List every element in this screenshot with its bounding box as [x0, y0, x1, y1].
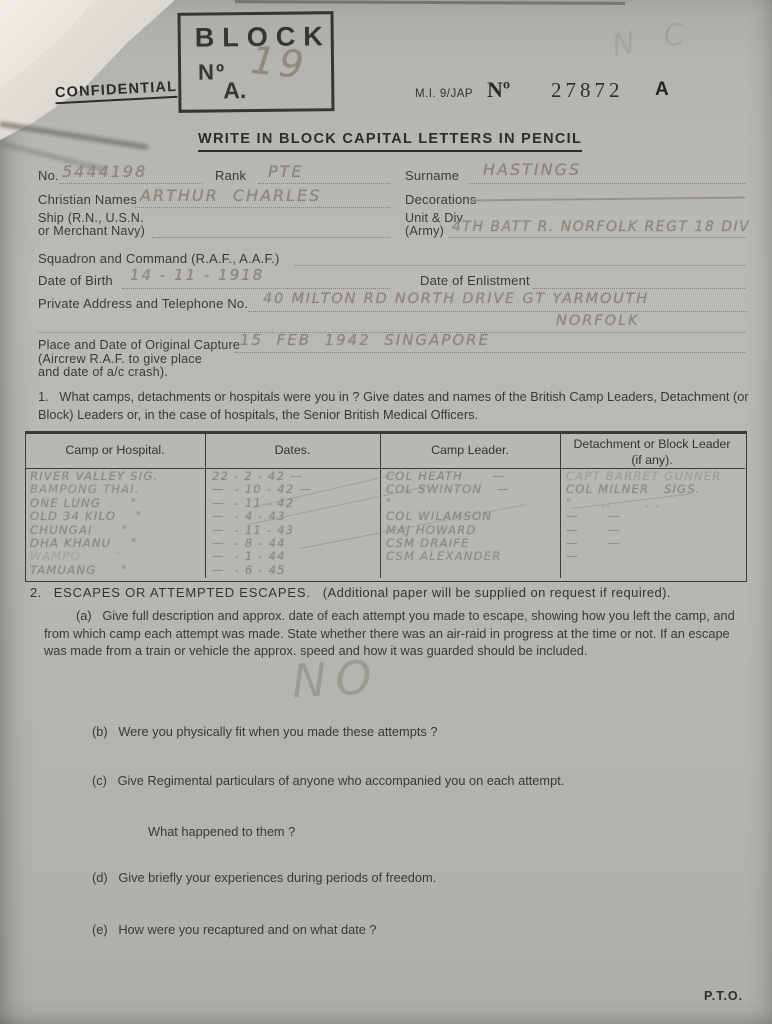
table-header-camp: Camp or Hospital.	[25, 443, 205, 459]
field-label-capture-2: (Aircrew R.A.F. to give place	[38, 352, 202, 366]
field-value-capture: 15 FEB 1942 SINGAPORE	[240, 331, 490, 349]
field-value-no: 5444198	[62, 162, 147, 181]
question-1-number: 1.	[38, 389, 49, 404]
dotted-line	[295, 264, 745, 266]
field-value-unit: 4TH BATT R. NORFOLK REGT 18 DIV	[452, 219, 750, 235]
dotted-line	[468, 182, 745, 184]
field-value-address-2: NORFOLK	[556, 313, 640, 329]
table-cell-leader: "	[386, 497, 558, 510]
table-cell-dates: — - 11 - 42	[212, 497, 377, 510]
field-label-dob: Date of Birth	[38, 273, 113, 288]
table-cell-block: COL MILNER SIGS.	[566, 483, 744, 496]
field-label-no: No.	[38, 168, 59, 183]
question-2b-label: (b)	[92, 724, 108, 739]
pto-label: P.T.O.	[704, 989, 743, 1003]
serial-number: 27872	[551, 78, 624, 103]
table-cell-camp: BAMPONG THAI.	[30, 483, 202, 496]
field-label-surname: Surname	[405, 168, 459, 183]
field-value-christian-names: ARTHUR CHARLES	[140, 186, 321, 205]
table-cell-dates: 22 - 2 - 42 —	[212, 470, 377, 483]
block-number-stamp: BLOCK Nº 19 A.	[177, 11, 334, 113]
dotted-line	[448, 236, 745, 238]
question-2e-text: How were you recaptured and on what date…	[118, 922, 376, 937]
stamp-number-handwritten: 19	[249, 38, 310, 88]
table-cell-leader: CSM ALEXANDER	[386, 550, 558, 563]
camp-table-divider	[560, 431, 561, 578]
paper-crease	[0, 122, 148, 149]
table-cell-block: —	[566, 550, 744, 563]
dotted-line	[60, 182, 202, 184]
table-column-camp: RIVER VALLEY SIG. BAMPONG THAI. ONE LUNG…	[30, 470, 202, 577]
table-column-leader: COL HEATH — COL SWINTON — " COL WILAMSON…	[386, 470, 558, 564]
question-2c-label: (c)	[92, 773, 107, 788]
dotted-line	[235, 351, 745, 353]
dotted-line	[152, 236, 390, 238]
table-column-block-leader: CAPT BARRET GUNNER COL MILNER SIGS. " ..…	[566, 470, 744, 564]
question-2e-label: (e)	[92, 922, 108, 937]
field-label-christian-names: Christian Names	[38, 192, 137, 207]
pencil-strike-decorations	[470, 197, 745, 202]
table-cell-block: — —	[566, 524, 744, 537]
field-label-capture-1: Place and Date of Original Capture	[38, 338, 240, 352]
field-label-enlistment: Date of Enlistment	[420, 273, 530, 288]
pencil-scribble: N C	[610, 15, 698, 64]
dotted-line	[135, 206, 390, 208]
question-2-heading: 2. ESCAPES OR ATTEMPTED ESCAPES. (Additi…	[30, 585, 671, 600]
serial-suffix: A	[655, 79, 669, 101]
handwritten-answer-no: NO	[291, 650, 382, 709]
question-2d: (d) Give briefly your experiences during…	[92, 869, 436, 887]
question-2a: (a) Give full description and approx. da…	[44, 607, 754, 660]
question-2c-followup: What happened to them ?	[148, 823, 295, 841]
dotted-line	[533, 287, 745, 289]
form-title: WRITE IN BLOCK CAPITAL LETTERS IN PENCIL	[198, 131, 582, 152]
table-cell-leader: CSM DRAIFE	[386, 537, 558, 550]
table-cell-leader: COL HEATH —	[386, 470, 558, 483]
table-cell-dates: — - 4 - 43	[212, 510, 377, 523]
table-cell-leader: COL WILAMSON	[386, 510, 558, 523]
field-label-ship-1: Ship (R.N., U.S.N.	[38, 211, 144, 225]
table-cell-camp: RIVER VALLEY SIG.	[30, 470, 202, 483]
question-2e: (e) How were you recaptured and on what …	[92, 921, 377, 939]
question-2d-label: (d)	[92, 870, 108, 885]
scan-edge-artifact	[235, 0, 625, 4]
table-header-block-leader: Detachment or Block Leader (if any).	[572, 437, 732, 468]
table-header-leader: Camp Leader.	[380, 443, 560, 459]
table-cell-camp: CHUNGAI "	[30, 524, 202, 537]
dotted-line	[248, 310, 748, 312]
table-cell-dates: — - 10 - 42 —	[212, 483, 377, 496]
table-cell-block: — —	[566, 537, 744, 550]
table-cell-block: CAPT BARRET GUNNER	[566, 470, 744, 483]
field-label-ship-2: or Merchant Navy)	[38, 224, 145, 238]
question-1: 1. What camps, detachments or hospitals …	[38, 388, 750, 423]
question-2b-text: Were you physically fit when you made th…	[118, 724, 437, 739]
table-cell-dates: — - 6 - 45	[212, 564, 377, 577]
field-value-surname: HASTINGS	[483, 160, 581, 179]
stamp-a-label: A.	[223, 77, 246, 104]
question-2-note: (Additional paper will be supplied on re…	[323, 585, 671, 600]
question-2a-label: (a)	[76, 608, 92, 623]
field-label-rank: Rank	[215, 168, 246, 183]
table-cell-dates: — - 1 - 44	[212, 550, 377, 563]
question-1-text: What camps, detachments or hospitals wer…	[38, 389, 749, 422]
stamp-no-label: Nº	[198, 59, 226, 85]
question-2c: (c) Give Regimental particulars of anyon…	[92, 772, 564, 790]
dotted-line	[258, 182, 390, 184]
table-cell-camp: DHA KHANU "	[30, 537, 202, 550]
table-cell-camp: TAMUANG "	[30, 564, 202, 577]
field-label-address: Private Address and Telephone No.	[38, 296, 248, 311]
table-cell-camp: ONE LUNG "	[30, 497, 202, 510]
question-2-number: 2.	[30, 585, 42, 600]
question-2c-text: Give Regimental particulars of anyone wh…	[118, 773, 565, 788]
question-2b: (b) Were you physically fit when you mad…	[92, 723, 437, 741]
table-cell-camp: OLD 34 KILO "	[30, 510, 202, 523]
question-2a-text: Give full description and approx. date o…	[44, 608, 735, 658]
mi9-form-label: M.I. 9/JAP	[415, 88, 473, 100]
serial-no-label: Nº	[487, 77, 510, 103]
question-2-title: ESCAPES OR ATTEMPTED ESCAPES.	[54, 585, 311, 600]
table-cell-block: — —	[566, 510, 744, 523]
scanned-pow-questionnaire-page: CONFIDENTIAL BLOCK Nº 19 A. M.I. 9/JAP N…	[0, 0, 772, 1024]
table-cell-camp: WAMPO "	[30, 550, 202, 563]
field-label-capture-3: and date of a/c crash).	[38, 365, 168, 379]
field-value-dob: 14 - 11 - 1918	[130, 266, 264, 284]
table-column-dates: 22 - 2 - 42 — — - 10 - 42 — — - 11 - 42 …	[212, 470, 377, 577]
field-value-address: 40 MILTON RD NORTH DRIVE GT YARMOUTH	[263, 291, 649, 307]
field-value-rank: PTE	[268, 162, 304, 181]
table-header-dates: Dates.	[205, 443, 380, 459]
field-label-decorations: Decorations	[405, 192, 477, 207]
table-cell-dates: — - 11 - 43	[212, 524, 377, 537]
question-2d-text: Give briefly your experiences during per…	[118, 870, 436, 885]
dotted-line	[122, 287, 390, 289]
field-label-unit-2: (Army)	[405, 224, 444, 238]
field-label-squadron: Squadron and Command (R.A.F., A.A.F.)	[38, 251, 280, 266]
